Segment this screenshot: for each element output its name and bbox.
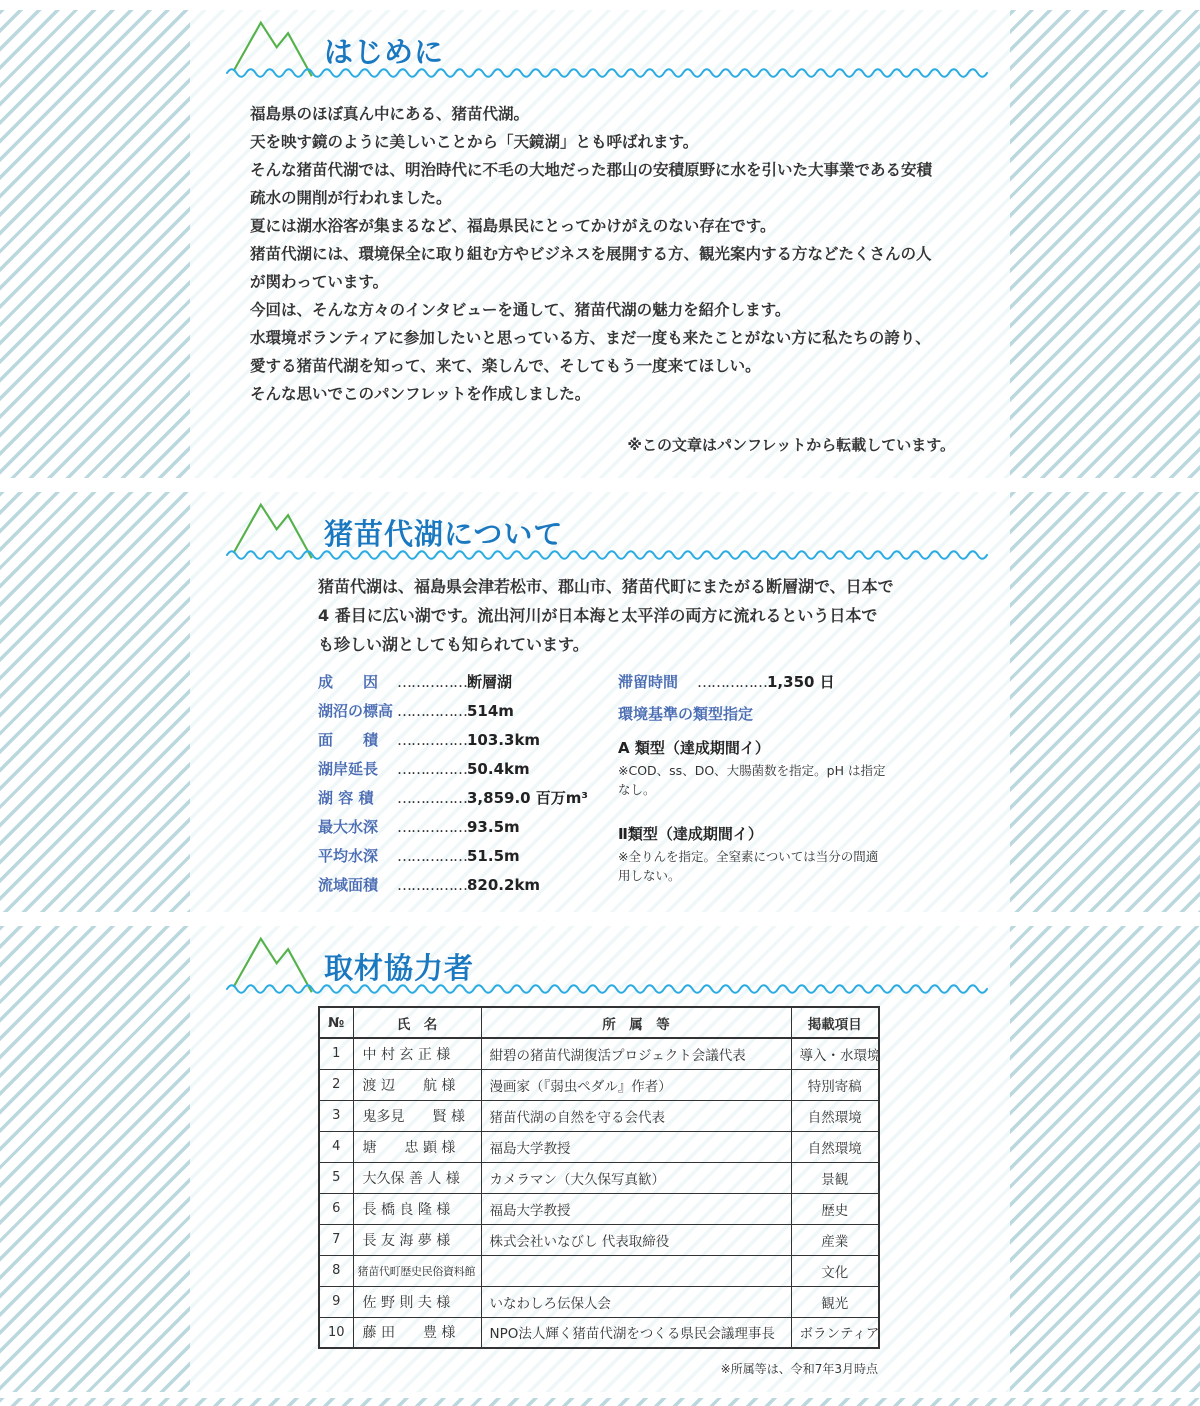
section-title-contributors: 取材協力者 [324,946,474,987]
section-gap [0,912,1200,926]
table-row: 9佐 野 則 夫 様いなわしろ伝保人会観光 [319,1286,879,1317]
table-cell: 猪苗代湖の自然を守る会代表 [481,1100,791,1131]
dotted-leader: …………… [397,673,467,691]
contributors-header: 取材協力者 [190,926,1010,1006]
table-cell: 導入・水環境 [791,1038,879,1069]
table-cell: 株式会社いなびし 代表取締役 [481,1224,791,1255]
table-cell: 大久保 善 人 様 [353,1162,481,1193]
table-cell: 福島大学教授 [481,1193,791,1224]
col-header-affiliation: 所 属 等 [481,1007,791,1038]
stat-value: 93.5m [467,818,520,836]
table-row: 2渡 辺 航 様漫画家（『弱虫ペダル』作者）特別寄稿 [319,1069,879,1100]
table-cell: 中 村 玄 正 様 [353,1038,481,1069]
stat-value: 断層湖 [467,673,512,691]
table-cell: 10 [319,1317,353,1348]
table-cell: 景観 [791,1162,879,1193]
stat-value: 820.2km [467,876,540,894]
intro-paragraph: 福島県のほぼ真ん中にある、猪苗代湖。天を映す鏡のように美しいことから「天鏡湖」と… [250,100,960,408]
text-line: も珍しい湖としても知られています。 [318,630,918,659]
dotted-leader: …………… [397,731,467,749]
table-footnote: ※所属等は、令和7年3月時点 [190,1360,878,1377]
table-cell: 長 友 海 夢 様 [353,1224,481,1255]
text-line: 4 番目に広い湖です。流出河川が日本海と太平洋の両方に流れるという日本で [318,601,918,630]
table-cell: 3 [319,1100,353,1131]
table-cell: 漫画家（『弱虫ペダル』作者） [481,1069,791,1100]
table-cell: 福島大学教授 [481,1131,791,1162]
dotted-leader: …………… [397,702,467,720]
table-cell: 観光 [791,1286,879,1317]
table-cell: 7 [319,1224,353,1255]
table-row: 3鬼多見 賢 様猪苗代湖の自然を守る会代表自然環境 [319,1100,879,1131]
table-cell: いなわしろ伝保人会 [481,1286,791,1317]
stat-value: 51.5m [467,847,520,865]
stat-label: 流域面積 [318,871,397,900]
dotted-leader: …………… [697,673,767,691]
dotted-leader: …………… [397,818,467,836]
table-cell: 産業 [791,1224,879,1255]
dotted-leader: …………… [397,876,467,894]
table-row: 5大久保 善 人 様カメラマン（大久保写真歓）景観 [319,1162,879,1193]
text-line: が関わっています。 [250,268,960,296]
text-line: 疏水の開削が行われました。 [250,184,960,212]
text-line: 福島県のほぼ真ん中にある、猪苗代湖。 [250,100,960,128]
stat-label: 湖岸延長 [318,755,397,784]
env-type: Ⅱ類型（達成期間イ）※全りんを指定。全窒素については当分の間適用しない。 [618,821,918,885]
table-cell: NPO法人輝く猪苗代湖をつくる県民会議理事長 [481,1317,791,1348]
table-cell: 文化 [791,1255,879,1286]
table-cell: 紺碧の猪苗代湖復活プロジェクト会議代表 [481,1038,791,1069]
stat-value: 1,350 日 [767,673,835,691]
section-intro: はじめに 福島県のほぼ真ん中にある、猪苗代湖。天を映す鏡のように美しいことから「… [0,10,1200,478]
top-margin [0,0,1200,10]
table-cell: 歴史 [791,1193,879,1224]
intro-panel: はじめに 福島県のほぼ真ん中にある、猪苗代湖。天を映す鏡のように美しいことから「… [190,10,1010,478]
table-cell: 自然環境 [791,1100,879,1131]
contributors-panel: 取材協力者 № 氏 名 所 属 等 掲載項目 1中 村 玄 正 様紺碧の猪苗代湖… [190,926,1010,1392]
stat-row: 最大水深……………93.5m [318,813,618,842]
table-cell: 2 [319,1069,353,1100]
lake-stats-left: 成 因……………断層湖湖沼の標高……………514m面 積……………103.3km… [318,668,618,900]
col-header-item: 掲載項目 [791,1007,879,1038]
table-cell: 1 [319,1038,353,1069]
table-row: 1中 村 玄 正 様紺碧の猪苗代湖復活プロジェクト会議代表導入・水環境 [319,1038,879,1069]
dotted-leader: …………… [397,847,467,865]
table-cell: 4 [319,1131,353,1162]
table-row: 7長 友 海 夢 様株式会社いなびし 代表取締役産業 [319,1224,879,1255]
text-line: 猪苗代湖には、環境保全に取り組む方やビジネスを展開する方、観光案内する方などたく… [250,240,960,268]
dotted-leader: …………… [397,789,467,807]
stat-row: 湖岸延長……………50.4km [318,755,618,784]
intro-footnote: ※この文章はパンフレットから転載しています。 [250,434,955,455]
table-cell [481,1255,791,1286]
dotted-leader: …………… [397,760,467,778]
stat-value: 514m [467,702,514,720]
text-line: 愛する猪苗代湖を知って、来て、楽しんで、そしてもう一度来てほしい。 [250,352,960,380]
text-line: 今回は、そんな方々のインタビューを通して、猪苗代湖の魅力を紹介します。 [250,296,960,324]
env-type-note: ※全りんを指定。全窒素については当分の間適用しない。 [618,847,886,885]
section-title-intro: はじめに [324,30,444,71]
text-line: そんな猪苗代湖では、明治時代に不毛の大地だった郡山の安積原野に水を引いた大事業で… [250,156,960,184]
contributors-table: № 氏 名 所 属 等 掲載項目 1中 村 玄 正 様紺碧の猪苗代湖復活プロジェ… [318,1006,880,1349]
section-gap [0,478,1200,492]
text-line: 天を映す鏡のように美しいことから「天鏡湖」とも呼ばれます。 [250,128,960,156]
table-cell: 特別寄稿 [791,1069,879,1100]
env-type-name: Ⅱ類型（達成期間イ） [618,821,918,847]
text-line: そんな思いでこのパンフレットを作成しました。 [250,380,960,408]
table-cell: カメラマン（大久保写真歓） [481,1162,791,1193]
table-row: 4塘 忠 顕 様福島大学教授自然環境 [319,1131,879,1162]
table-cell: 渡 辺 航 様 [353,1069,481,1100]
bottom-margin [0,1398,1200,1406]
table-cell: 塘 忠 顕 様 [353,1131,481,1162]
table-cell: 猪苗代町歴史民俗資料館 [353,1255,481,1286]
table-cell: 5 [319,1162,353,1193]
lake-stats-right: 滞留時間……………1,350 日 環境基準の類型指定 A 類型（達成期間イ）※C… [618,668,918,900]
table-row: 6長 橋 良 隆 様福島大学教授歴史 [319,1193,879,1224]
section-contributors: 取材協力者 № 氏 名 所 属 等 掲載項目 1中 村 玄 正 様紺碧の猪苗代湖… [0,926,1200,1392]
text-line: 猪苗代湖は、福島県会津若松市、郡山市、猪苗代町にまたがる断層湖で、日本で [318,572,918,601]
col-header-name: 氏 名 [353,1007,481,1038]
env-types: A 類型（達成期間イ）※COD、ss、DO、大腸菌数を指定。pH は指定なし。Ⅱ… [618,735,918,885]
text-line: 夏には湖水浴客が集まるなど、福島県民にとってかけがえのない存在です。 [250,212,960,240]
stat-row: 湖沼の標高……………514m [318,697,618,726]
table-cell: 6 [319,1193,353,1224]
stat-label: 滞留時間 [618,668,697,697]
stat-row: 成 因……………断層湖 [318,668,618,697]
stat-retention: 滞留時間……………1,350 日 [618,668,918,697]
table-cell: 9 [319,1286,353,1317]
lake-stats: 成 因……………断層湖湖沼の標高……………514m面 積……………103.3km… [318,668,1010,900]
stat-label: 平均水深 [318,842,397,871]
table-cell: 藤 田 豊 様 [353,1317,481,1348]
about-header: 猪苗代湖について [190,492,1010,572]
section-about: 猪苗代湖について 猪苗代湖は、福島県会津若松市、郡山市、猪苗代町にまたがる断層湖… [0,492,1200,912]
intro-header: はじめに [190,10,1010,90]
stat-label: 湖沼の標高 [318,697,397,726]
table-cell: 自然環境 [791,1131,879,1162]
table-row: 10藤 田 豊 様NPO法人輝く猪苗代湖をつくる県民会議理事長ボランティア [319,1317,879,1348]
env-type: A 類型（達成期間イ）※COD、ss、DO、大腸菌数を指定。pH は指定なし。 [618,735,918,799]
stat-label: 成 因 [318,668,397,697]
stat-value: 50.4km [467,760,530,778]
env-standard-subhead: 環境基準の類型指定 [618,700,918,729]
table-row: 8猪苗代町歴史民俗資料館文化 [319,1255,879,1286]
stat-value: 103.3km [467,731,540,749]
stat-row: 流域面積……………820.2km [318,871,618,900]
table-cell: 佐 野 則 夫 様 [353,1286,481,1317]
stat-row: 平均水深……………51.5m [318,842,618,871]
about-panel: 猪苗代湖について 猪苗代湖は、福島県会津若松市、郡山市、猪苗代町にまたがる断層湖… [190,492,1010,912]
stat-row: 湖 容 積……………3,859.0 百万m³ [318,784,618,813]
section-title-about: 猪苗代湖について [324,512,563,553]
stat-label: 湖 容 積 [318,784,397,813]
stat-label: 最大水深 [318,813,397,842]
about-paragraph: 猪苗代湖は、福島県会津若松市、郡山市、猪苗代町にまたがる断層湖で、日本で4 番目… [318,572,918,659]
stat-label: 面 積 [318,726,397,755]
table-cell: 長 橋 良 隆 様 [353,1193,481,1224]
text-line: 水環境ボランティアに参加したいと思っている方、まだ一度も来たことがない方に私たち… [250,324,960,352]
table-cell: ボランティア [791,1317,879,1348]
table-header-row: № 氏 名 所 属 等 掲載項目 [319,1007,879,1038]
col-header-no: № [319,1007,353,1038]
table-cell: 8 [319,1255,353,1286]
env-type-note: ※COD、ss、DO、大腸菌数を指定。pH は指定なし。 [618,761,886,799]
stat-row: 面 積……………103.3km [318,726,618,755]
stat-value: 3,859.0 百万m³ [467,789,588,807]
table-body: 1中 村 玄 正 様紺碧の猪苗代湖復活プロジェクト会議代表導入・水環境2渡 辺 … [319,1038,879,1348]
env-type-name: A 類型（達成期間イ） [618,735,918,761]
table-cell: 鬼多見 賢 様 [353,1100,481,1131]
